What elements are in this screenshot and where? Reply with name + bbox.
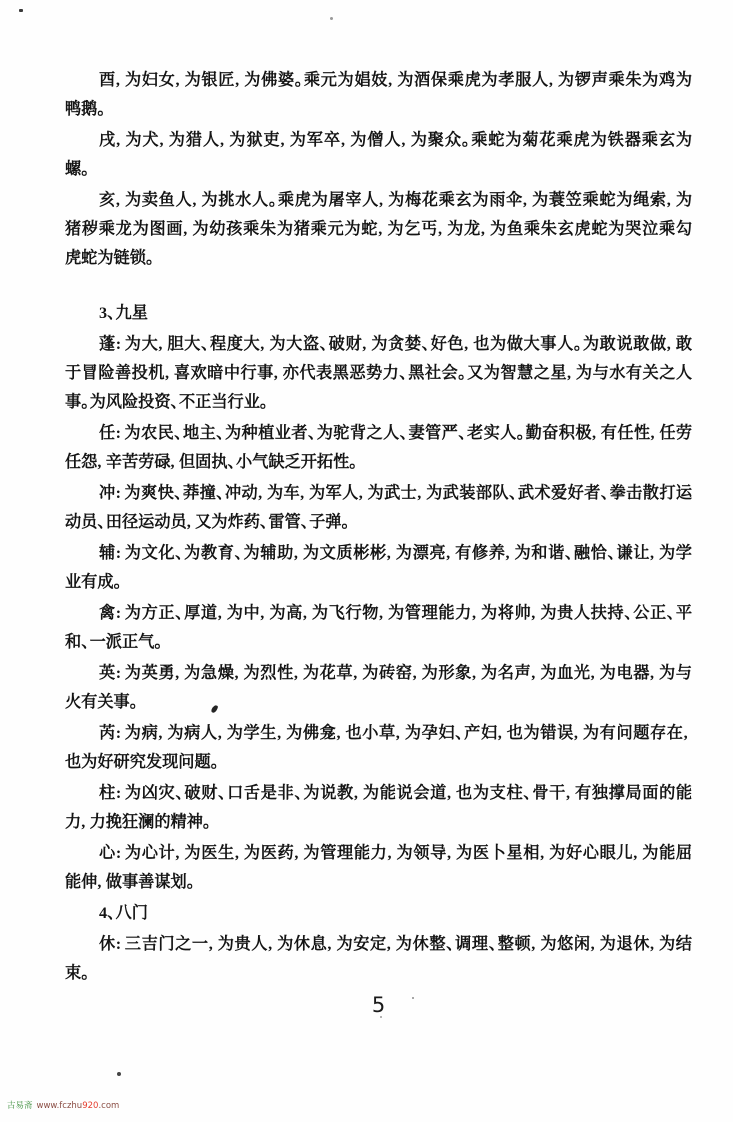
para-ying: 英:为英勇,为急燥,为烈性,为花草,为砖窑,为形象,为名声,为血光,为电器,为与…	[65, 659, 692, 717]
para-zhu-line-1: 柱:为凶灾、破财、口舌是非、为说教,为能说会道,也为支柱、骨干,有独撑局面的能	[65, 779, 692, 808]
para-xin-line-2: 能伸,做事善谋划。	[65, 868, 692, 897]
para-you-line-2: 鸭鹅。	[65, 95, 692, 124]
para-hai-line-1: 亥,为卖鱼人,为挑水人。乘虎为屠宰人,为梅花乘玄为雨伞,为蓑笠乘蛇为绳索,为	[65, 186, 692, 215]
para-fu-line-2: 业有成。	[65, 568, 692, 597]
heading-nine-stars-line-1: 3、九星	[65, 299, 692, 328]
para-ren-line-2: 任怨,辛苦劳碌,但固执、小气缺乏开拓性。	[65, 448, 692, 477]
para-chong: 冲:为爽快、莽撞、冲动,为车,为军人,为武士,为武装部队、武术爱好者、拳击散打运…	[65, 479, 692, 537]
para-xu: 戌,为犬,为猎人,为狱吏,为军卒,为僧人,为聚众。乘蛇为菊花乘虎为铁器乘玄为螺。	[65, 126, 692, 184]
para-zhu: 柱:为凶灾、破财、口舌是非、为说教,为能说会道,也为支柱、骨干,有独撑局面的能力…	[65, 779, 692, 837]
para-ying-line-2: 火有关事。	[65, 688, 692, 717]
para-fu: 辅:为文化、为教育、为辅助,为文质彬彬,为漂亮,有修养,为和谐、融恰、谦让,为学…	[65, 539, 692, 597]
watermark-url-highlight: 920	[82, 1101, 98, 1111]
para-hai: 亥,为卖鱼人,为挑水人。乘虎为屠宰人,为梅花乘玄为雨伞,为蓑笠乘蛇为绳索,为猪秽…	[65, 186, 692, 273]
para-xu-line-2: 螺。	[65, 155, 692, 184]
scan-speck	[19, 9, 23, 12]
para-you-line-1: 酉,为妇女,为银匠,为佛婆。乘元为娼妓,为酒保乘虎为孝服人,为锣声乘朱为鸡为	[65, 66, 692, 95]
para-peng-line-2: 于冒险善投机,喜欢暗中行事,亦代表黑恶势力、黑社会。又为智慧之星,为与水有关之人	[65, 359, 692, 388]
para-zhu-line-2: 力,力挽狂澜的精神。	[65, 808, 692, 837]
para-xu-line-1: 戌,为犬,为猎人,为狱吏,为军卒,为僧人,为聚众。乘蛇为菊花乘虎为铁器乘玄为	[65, 126, 692, 155]
para-hai-line-2: 猪秽乘龙为图画,为幼孩乘朱为猪乘元为蛇,为乞丐,为龙,为鱼乘朱玄虎蛇为哭泣乘勾	[65, 215, 692, 244]
page-number: 5	[65, 992, 692, 1018]
heading-eight-gates: 4、八门	[65, 899, 692, 928]
para-hai-line-3: 虎蛇为链锁。	[65, 244, 692, 273]
para-xiu-line-2: 束。	[65, 959, 692, 988]
para-xiu-line-1: 休:三吉门之一,为贵人,为休息,为安定,为休整、调理、整顿,为悠闲,为退休,为结	[65, 930, 692, 959]
para-qin: 禽:为方正、厚道,为中,为高,为飞行物,为管理能力,为将帅,为贵人扶持、公正、平…	[65, 599, 692, 657]
watermark-url: www.fczhu920.com	[37, 1101, 120, 1111]
watermark-url-prefix: www.fczhu	[37, 1101, 83, 1111]
para-chong-line-2: 动员、田径运动员,又为炸药、雷管、子弹。	[65, 508, 692, 537]
para-xin: 心:为心计,为医生,为医药,为管理能力,为领导,为医卜星相,为好心眼儿,为能屈能…	[65, 839, 692, 897]
para-ren-line-1: 任:为农民、地主、为种植业者、为驼背之人、妻管严、老实人。勤奋积极,有任性,任劳	[65, 419, 692, 448]
para-fu-line-1: 辅:为文化、为教育、为辅助,为文质彬彬,为漂亮,有修养,为和谐、融恰、谦让,为学	[65, 539, 692, 568]
scan-speck	[117, 1072, 121, 1076]
para-qin-line-1: 禽:为方正、厚道,为中,为高,为飞行物,为管理能力,为将帅,为贵人扶持、公正、平	[65, 599, 692, 628]
para-chong-line-1: 冲:为爽快、莽撞、冲动,为车,为军人,为武士,为武装部队、武术爱好者、拳击散打运	[65, 479, 692, 508]
para-you: 酉,为妇女,为银匠,为佛婆。乘元为娼妓,为酒保乘虎为孝服人,为锣声乘朱为鸡为鸭鹅…	[65, 66, 692, 124]
para-peng: 蓬:为大,胆大、程度大,为大盗、破财,为贪婪、好色,也为做大事人。为敢说敢做,敢…	[65, 330, 692, 417]
para-ying-line-1: 英:为英勇,为急燥,为烈性,为花草,为砖窑,为形象,为名声,为血光,为电器,为与	[65, 659, 692, 688]
watermark-site-name: 古易斋	[7, 1101, 33, 1111]
book-page: 酉,为妇女,为银匠,为佛婆。乘元为娼妓,为酒保乘虎为孝服人,为锣声乘朱为鸡为鸭鹅…	[0, 0, 733, 1122]
page-text: 酉,为妇女,为银匠,为佛婆。乘元为娼妓,为酒保乘虎为孝服人,为锣声乘朱为鸡为鸭鹅…	[65, 66, 692, 990]
scan-speck	[330, 17, 333, 20]
para-ren: 任:为农民、地主、为种植业者、为驼背之人、妻管严、老实人。勤奋积极,有任性,任劳…	[65, 419, 692, 477]
para-qin-line-2: 和、一派正气。	[65, 628, 692, 657]
heading-nine-stars: 3、九星	[65, 299, 692, 328]
para-rui: 芮:为病,为病人,为学生,为佛龛,也小草,为孕妇、产妇,也为错误,为有问题存在,…	[65, 719, 692, 777]
para-xin-line-1: 心:为心计,为医生,为医药,为管理能力,为领导,为医卜星相,为好心眼儿,为能屈	[65, 839, 692, 868]
para-rui-line-2: 也为好研究发现问题。	[65, 748, 692, 777]
para-peng-line-1: 蓬:为大,胆大、程度大,为大盗、破财,为贪婪、好色,也为做大事人。为敢说敢做,敢	[65, 330, 692, 359]
para-rui-line-1: 芮:为病,为病人,为学生,为佛龛,也小草,为孕妇、产妇,也为错误,为有问题存在,	[65, 719, 692, 748]
watermark: 古易斋www.fczhu920.com	[7, 1101, 119, 1111]
heading-eight-gates-line-1: 4、八门	[65, 899, 692, 928]
para-peng-line-3: 事。为风险投资、不正当行业。	[65, 388, 692, 417]
para-xiu: 休:三吉门之一,为贵人,为休息,为安定,为休整、调理、整顿,为悠闲,为退休,为结…	[65, 930, 692, 988]
watermark-url-suffix: .com	[98, 1101, 119, 1111]
